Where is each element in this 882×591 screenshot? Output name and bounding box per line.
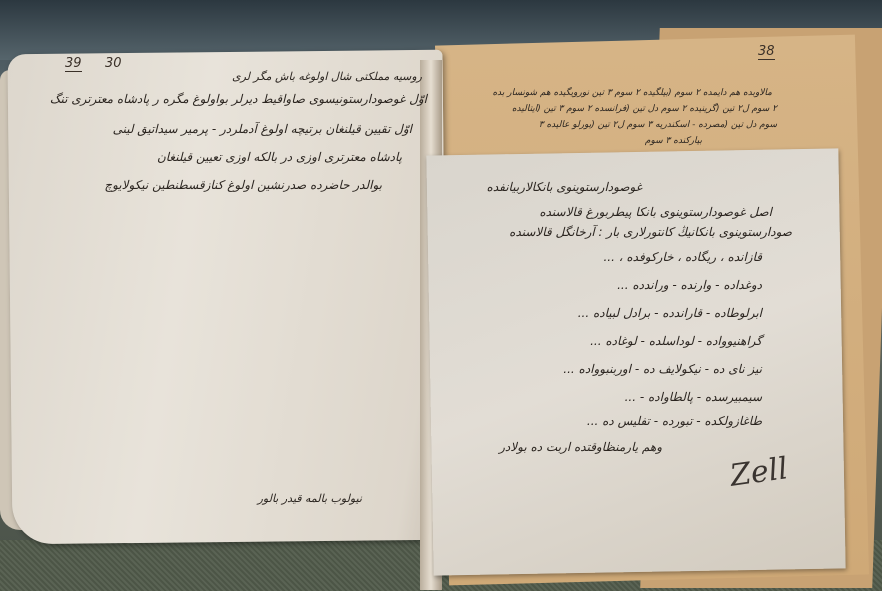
aged-line: بیارکنده ۳ سوم — [645, 136, 702, 146]
left-line: اوّل تقیین قیلنغان برتیچه اولوغ آدملردر … — [113, 122, 412, 136]
aged-line: سوم دل تین (مصرده - اسکندریه ۳ سوم ل۲ تی… — [539, 120, 777, 130]
museum-display-photo: Руко Бума Нау Ку Ка Ка 39 30 روسیه مملکت… — [0, 0, 882, 591]
insert-line: ابرلوطاده - قاراندده - برادل لبیاده ... — [578, 306, 762, 320]
insert-line: صودارستوینوی بانکانیڭ کانتورلاری بار : آ… — [509, 225, 792, 239]
insert-line: طاغازولکده - تبورده - تفلیس ده ... — [587, 414, 762, 428]
page-number-left: 39 — [65, 56, 82, 72]
insert-title: غوصودارستوینوی بانکالاربیانفده — [487, 180, 642, 194]
aged-line: مالاوبده هم دایمده ۲ سوم (بیلگیده ۲ سوم … — [492, 88, 772, 98]
insert-line: گراهنیوواده - لوداسلده - لوغاده ... — [590, 334, 762, 348]
insert-line: قازانده ، ریگاده ، خارکوفده ، ... — [603, 250, 762, 264]
aged-line: ۲ سوم ل۲ تین (گرینیده ۲ سوم دل تین (فران… — [512, 104, 777, 114]
page-number-right: 38 — [758, 44, 775, 60]
left-line: اوّل غوصودارستونیسوی صاواقیط دیرلر بواول… — [50, 92, 427, 106]
insert-line: دوغداده - وارنده - وراندده ... — [617, 278, 762, 292]
insert-line: وهم یارمنظاوقتده اربت ده بولادر — [499, 440, 662, 454]
insert-line: نیز نای ده - نیکولایف ده - اوربنبوواده .… — [563, 362, 762, 376]
left-line: نیولوب بالمه قیدر بالور — [258, 492, 362, 505]
page-number-left-alt: 30 — [105, 56, 122, 71]
left-line: پادشاه معترتری اوزی در بالکه اوزی تعیین … — [157, 150, 402, 164]
left-line: بوالدر حاضرده صدرنشین اولوغ کنازقسطنطین … — [104, 178, 382, 192]
left-header: روسیه مملکتی شال اولوغه باش مگر لری — [232, 70, 422, 83]
insert-line: سیمبیرسده - پالطاواده - ... — [625, 390, 762, 404]
insert-line: اصل غوصودارستوینوی بانکا پیطربورغ قالاسن… — [539, 205, 772, 219]
